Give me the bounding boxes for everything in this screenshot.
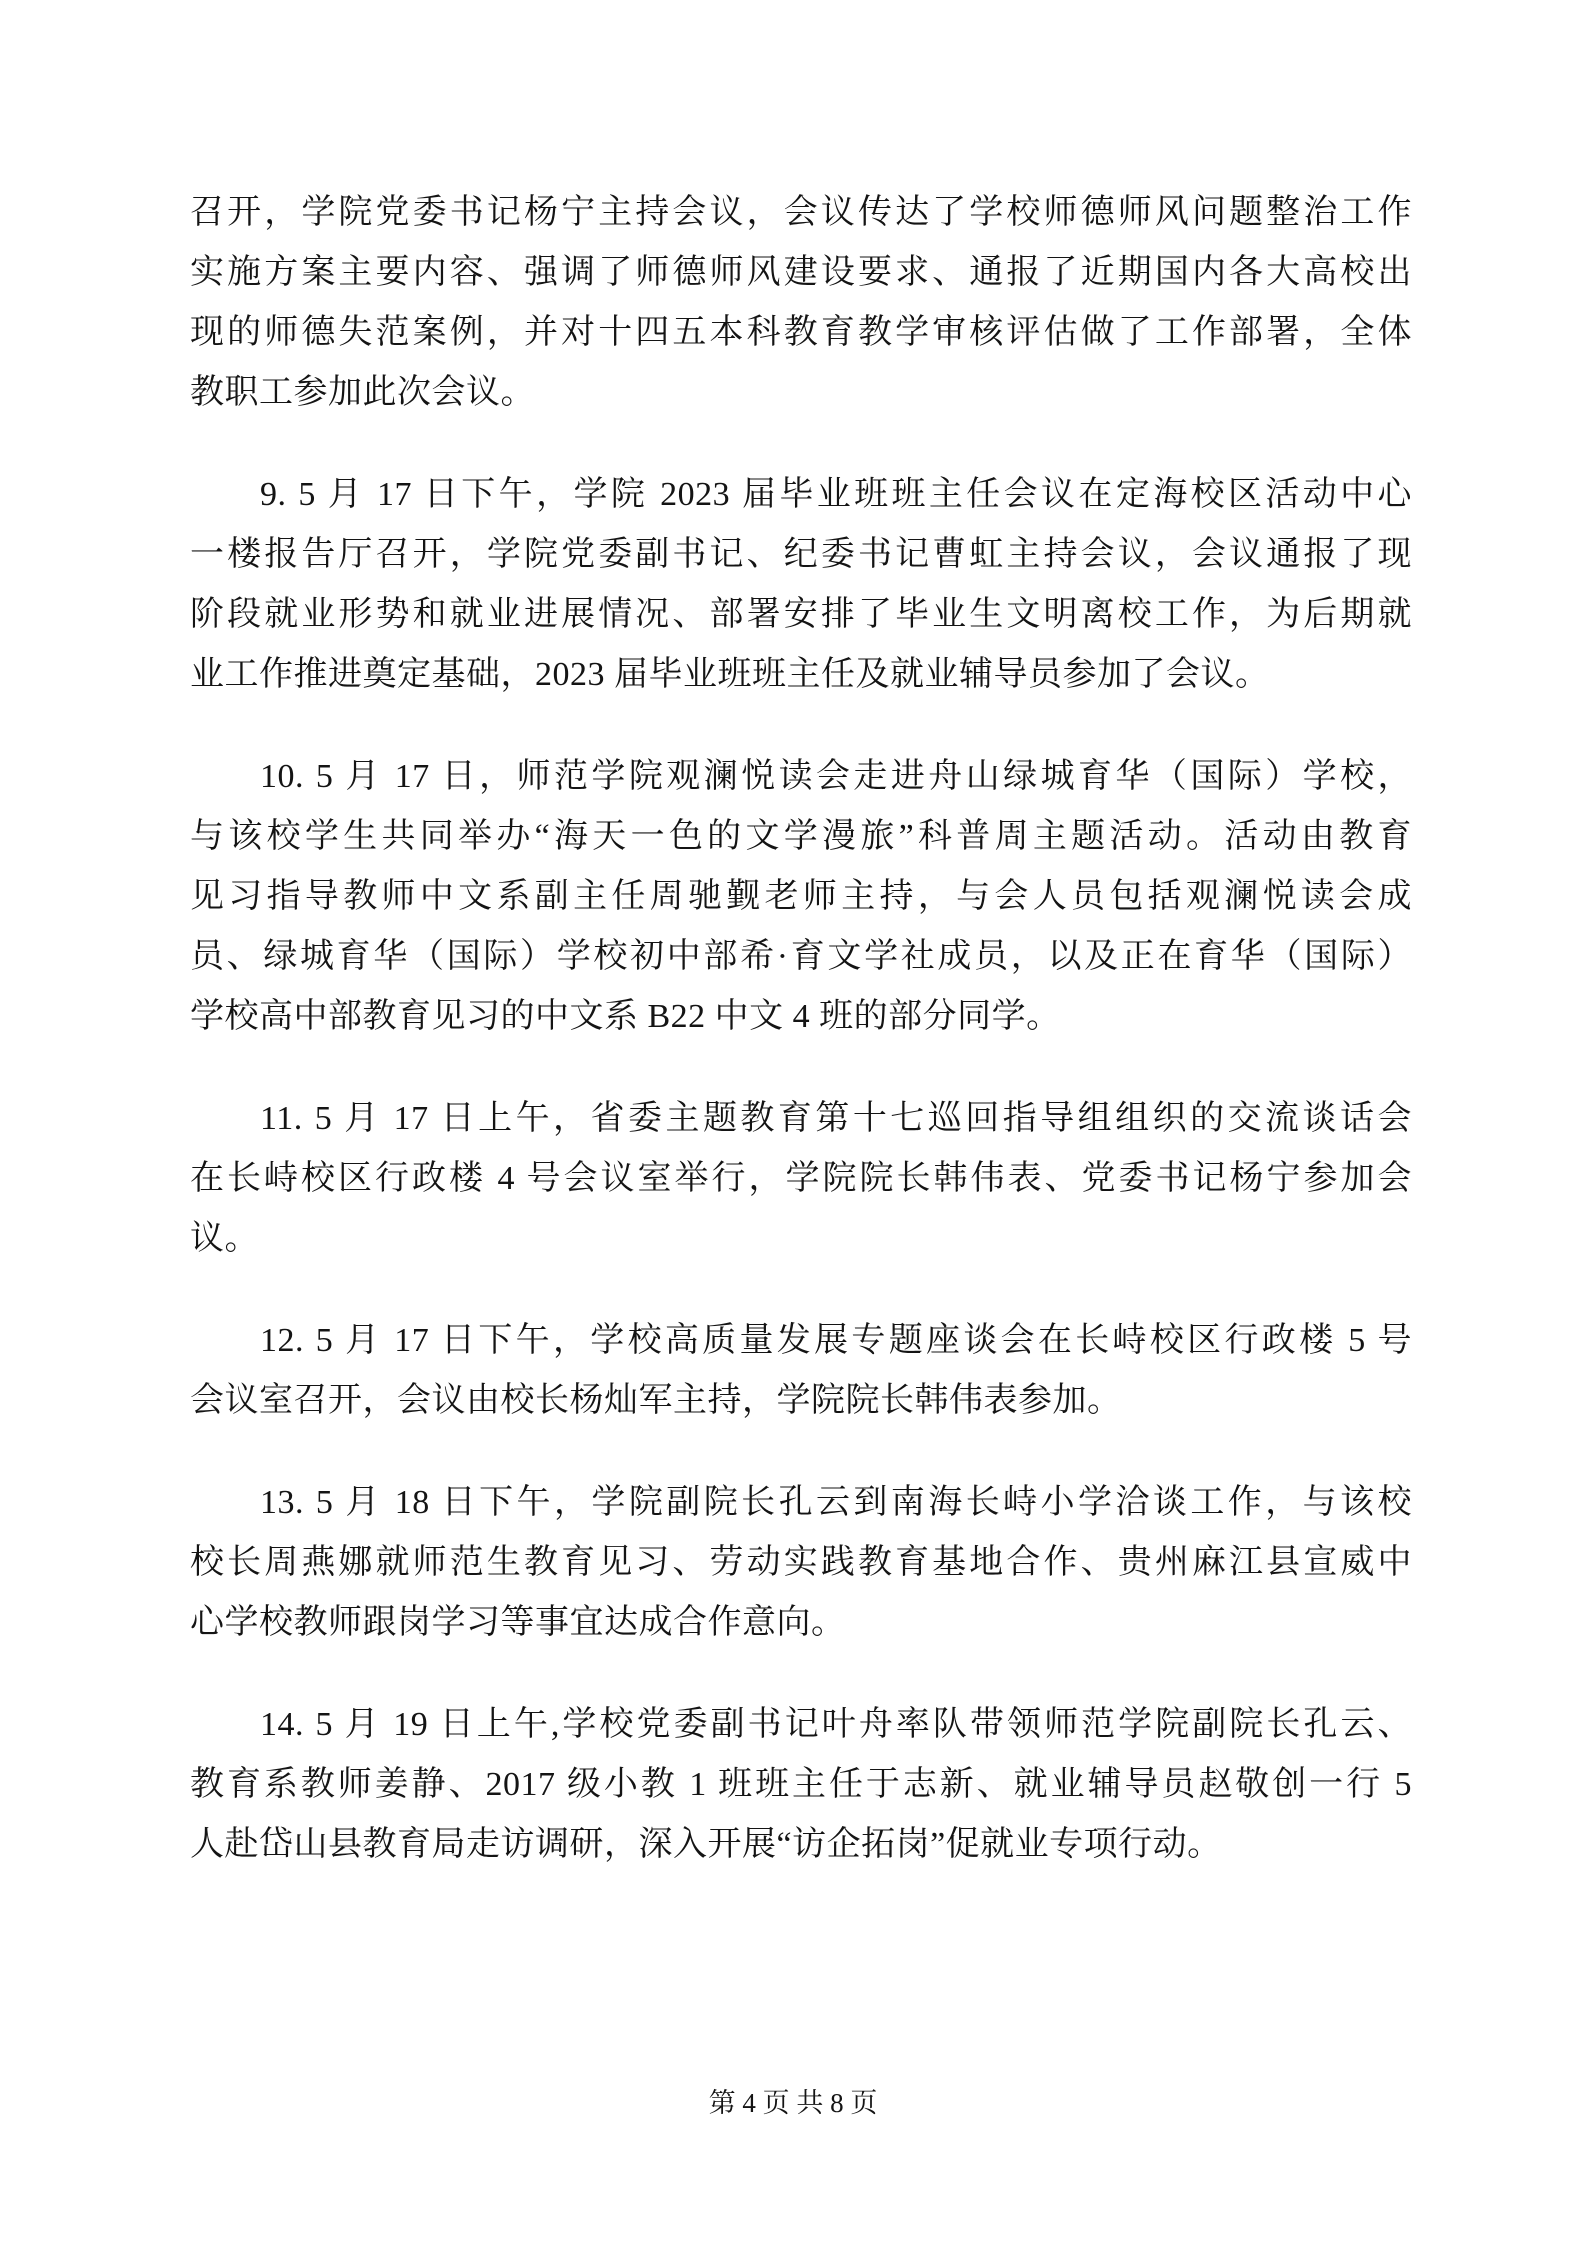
text-line: 议。 xyxy=(190,1209,1412,1269)
text-line: 会议室召开，会议由校长杨灿军主持，学院院长韩伟表参加。 xyxy=(190,1371,1412,1431)
paragraph: 10. 5 月 17 日，师范学院观澜悦读会走进舟山绿城育华（国际）学校，与该校… xyxy=(190,747,1412,1047)
text-line: 校长周燕娜就师范生教育见习、劳动实践教育基地合作、贵州麻江县宣威中 xyxy=(190,1533,1412,1593)
text-line: 心学校教师跟岗学习等事宜达成合作意向。 xyxy=(190,1593,1412,1653)
text-line: 现的师德失范案例，并对十四五本科教育教学审核评估做了工作部署，全体 xyxy=(190,303,1412,363)
document-body: 召开，学院党委书记杨宁主持会议，会议传达了学校师德师风问题整治工作实施方案主要内… xyxy=(190,183,1412,1875)
text-line: 学校高中部教育见习的中文系 B22 中文 4 班的部分同学。 xyxy=(190,987,1412,1047)
text-line: 教职工参加此次会议。 xyxy=(190,363,1412,423)
paragraph: 11. 5 月 17 日上午，省委主题教育第十七巡回指导组组织的交流谈话会在长峙… xyxy=(190,1089,1412,1269)
text-line: 实施方案主要内容、强调了师德师风建设要求、通报了近期国内各大高校出 xyxy=(190,243,1412,303)
text-line: 10. 5 月 17 日，师范学院观澜悦读会走进舟山绿城育华（国际）学校， xyxy=(190,747,1412,807)
paragraph: 12. 5 月 17 日下午，学校高质量发展专题座谈会在长峙校区行政楼 5 号会… xyxy=(190,1311,1412,1431)
page-footer: 第 4 页 共 8 页 xyxy=(0,2086,1586,2120)
text-line: 一楼报告厅召开，学院党委副书记、纪委书记曹虹主持会议，会议通报了现 xyxy=(190,525,1412,585)
text-line: 教育系教师姜静、2017 级小教 1 班班主任于志新、就业辅导员赵敬创一行 5 xyxy=(190,1755,1412,1815)
text-line: 9. 5 月 17 日下午，学院 2023 届毕业班班主任会议在定海校区活动中心 xyxy=(190,465,1412,525)
text-line: 员、绿城育华（国际）学校初中部希·育文学社成员，以及正在育华（国际） xyxy=(190,927,1412,987)
text-line: 13. 5 月 18 日下午，学院副院长孔云到南海长峙小学洽谈工作，与该校 xyxy=(190,1473,1412,1533)
paragraph: 13. 5 月 18 日下午，学院副院长孔云到南海长峙小学洽谈工作，与该校校长周… xyxy=(190,1473,1412,1653)
document-page: 召开，学院党委书记杨宁主持会议，会议传达了学校师德师风问题整治工作实施方案主要内… xyxy=(0,0,1586,2244)
paragraph: 9. 5 月 17 日下午，学院 2023 届毕业班班主任会议在定海校区活动中心… xyxy=(190,465,1412,705)
paragraph: 召开，学院党委书记杨宁主持会议，会议传达了学校师德师风问题整治工作实施方案主要内… xyxy=(190,183,1412,423)
text-line: 阶段就业形势和就业进展情况、部署安排了毕业生文明离校工作，为后期就 xyxy=(190,585,1412,645)
text-line: 11. 5 月 17 日上午，省委主题教育第十七巡回指导组组织的交流谈话会 xyxy=(190,1089,1412,1149)
text-line: 人赴岱山县教育局走访调研，深入开展“访企拓岗”促就业专项行动。 xyxy=(190,1815,1412,1875)
text-line: 见习指导教师中文系副主任周驰觐老师主持，与会人员包括观澜悦读会成 xyxy=(190,867,1412,927)
text-line: 在长峙校区行政楼 4 号会议室举行，学院院长韩伟表、党委书记杨宁参加会 xyxy=(190,1149,1412,1209)
text-line: 14. 5 月 19 日上午,学校党委副书记叶舟率队带领师范学院副院长孔云、 xyxy=(190,1695,1412,1755)
paragraph: 14. 5 月 19 日上午,学校党委副书记叶舟率队带领师范学院副院长孔云、教育… xyxy=(190,1695,1412,1875)
text-line: 业工作推进奠定基础，2023 届毕业班班主任及就业辅导员参加了会议。 xyxy=(190,645,1412,705)
text-line: 与该校学生共同举办“海天一色的文学漫旅”科普周主题活动。活动由教育 xyxy=(190,807,1412,867)
text-line: 召开，学院党委书记杨宁主持会议，会议传达了学校师德师风问题整治工作 xyxy=(190,183,1412,243)
text-line: 12. 5 月 17 日下午，学校高质量发展专题座谈会在长峙校区行政楼 5 号 xyxy=(190,1311,1412,1371)
